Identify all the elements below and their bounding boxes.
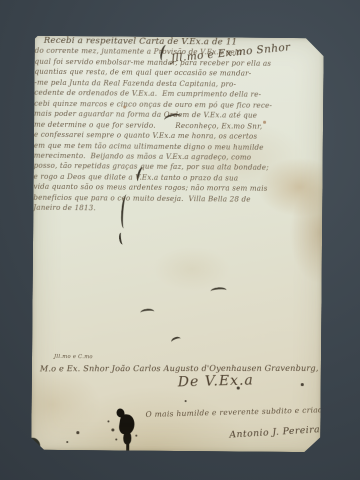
ink-speck: [237, 387, 240, 390]
signature: Antonio J. Pereira: [229, 424, 320, 441]
regards: De V.Ex.a: [178, 372, 254, 390]
photo-backdrop: Jll.mo e Ex.mo Snhor Recebi a respeitave…: [0, 0, 360, 480]
ink-speck: [135, 435, 137, 437]
ink-speck: [185, 400, 187, 402]
ink-blot: [116, 408, 124, 417]
ink-mark: [118, 232, 126, 245]
ink-mark: [140, 308, 155, 316]
ink-mark: [170, 336, 182, 346]
ink-speck: [107, 420, 109, 422]
closing: O mais humilde e reverente subdito e cri…: [145, 405, 328, 419]
ink-streak: [126, 441, 129, 452]
ink-mark: [210, 287, 226, 295]
stain-speck: [123, 106, 126, 109]
ink-speck: [115, 438, 117, 440]
ink-speck: [111, 428, 114, 431]
ink-speck: [66, 441, 68, 443]
body-line: Janeiro de 1813.: [33, 203, 257, 215]
stain-speck: [263, 121, 266, 124]
ink-speck: [301, 383, 304, 386]
address-honorific: Jll.mo e C.mo: [54, 354, 93, 360]
letter-body: Recebi a respeitavel Carta de V.Ex.a de …: [33, 36, 259, 216]
corner-wear: [29, 438, 40, 450]
letter-paper: Jll.mo e Ex.mo Snhor Recebi a respeitave…: [31, 36, 324, 453]
ink-speck: [76, 431, 79, 434]
address-line: M.o e Ex. Snhor João Carlos Augusto d'Oy…: [40, 363, 316, 373]
